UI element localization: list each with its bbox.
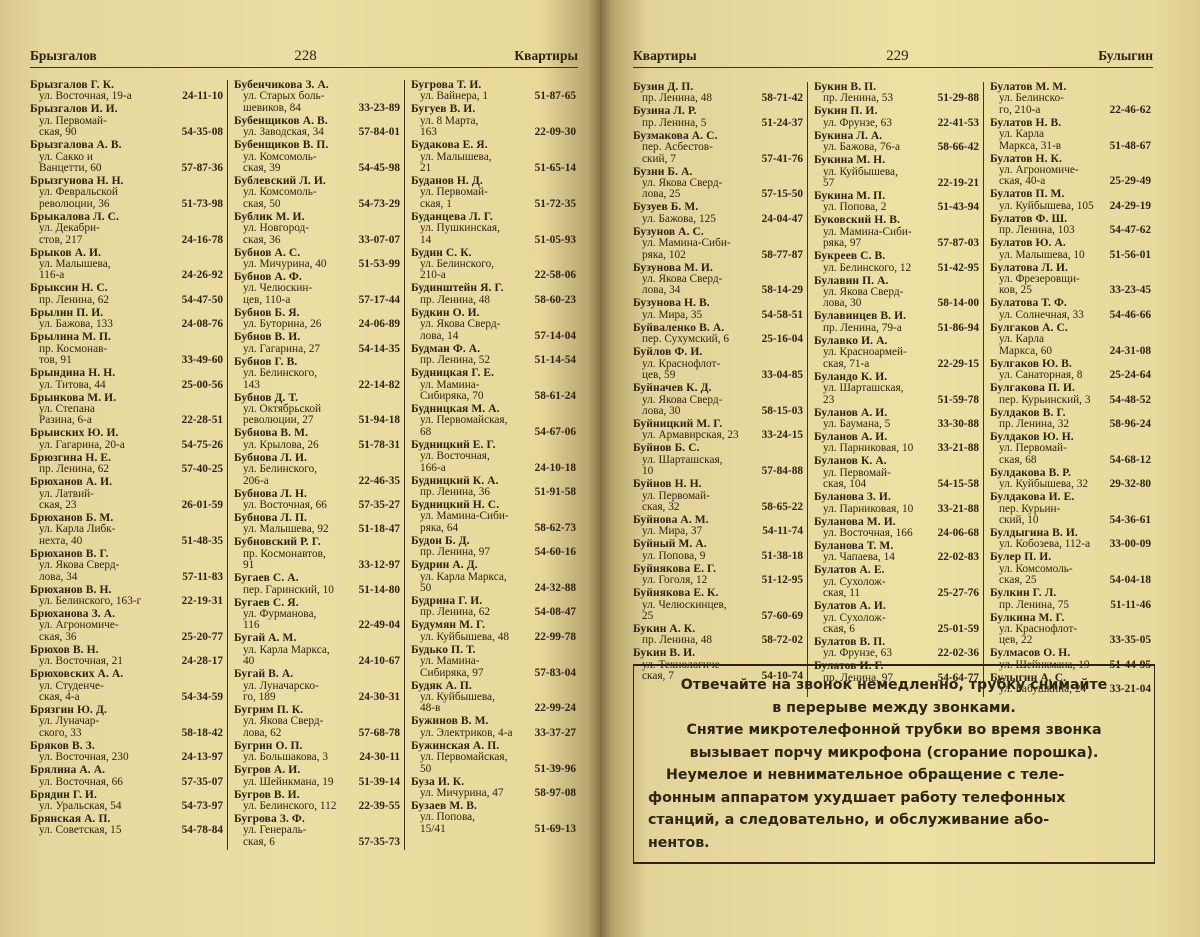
subscriber-address: ул. Баумана, 533-30-88 [814,419,979,430]
directory-entry: Буланов К. А.ул. Первомай-ская, 10454-15… [814,456,979,490]
phone-number: 24-08-76 [178,319,223,330]
subscriber-address: ул. Белинского,210-а22-58-06 [411,259,576,282]
address-line: 116-а [39,270,64,281]
address-line: 206-а [243,476,269,487]
directory-entry: Булкин Г. Л.пр. Ленина, 7551-11-46 [990,588,1151,611]
phone-number: 29-32-80 [1106,479,1151,490]
address-line: ул. Шарташская, [823,383,904,394]
directory-entry: Брялина А. А.ул. Восточная, 6657-35-07 [30,765,223,788]
subscriber-address: ул. Титова, 4425-00-56 [30,380,223,391]
phone-number: 58-62-73 [531,523,576,534]
directory-entry: Бужинская А. П.ул. Первомайская,5051-39-… [411,741,576,775]
address-line: цев, 22 [999,635,1032,646]
address-line: ул. Первомайская, [420,415,507,426]
phone-number: 57-11-83 [178,572,223,583]
phone-number: 54-73-29 [355,199,400,210]
directory-entry: Булавинцев В. И.пр. Ленина, 79-а51-86-94 [814,311,979,334]
subscriber-address: ул. Генераль-ская, 657-35-73 [234,825,400,848]
address-line: ская, 36 [39,632,77,643]
address-line: ул. Большакова, 3 [243,752,328,763]
directory-entry: Буланов А. И.ул. Парниковая, 1033-21-88 [814,432,979,455]
subscriber-address: ул. Мира, 3554-58-51 [633,310,803,321]
directory-entry: Буланова Т. М.ул. Чапаева, 1422-02-83 [814,541,979,564]
directory-entry: Брызгалов Г. К.ул. Восточная, 19-а24-11-… [30,80,223,103]
phone-number: 54-08-47 [531,607,576,618]
subscriber-address: ул. Фрунзе, 6322-41-53 [814,118,979,129]
directory-entry: Букин В. П.пр. Ленина, 5351-29-88 [814,82,979,105]
subscriber-address: ул. Белинского, 1251-42-95 [814,263,979,274]
directory-entry: Букина М. П.ул. Попова, 251-43-94 [814,191,979,214]
address-line: ул. Карла Маркса, [243,645,330,656]
subscriber-address: ул. Восточная, 6657-35-07 [30,777,223,788]
address-line: пр. Ленина, 52 [420,355,490,366]
subscriber-address: пр. Ленина, 9754-60-16 [411,547,576,558]
directory-entry: Букин А. К.пр. Ленина, 4858-72-02 [633,624,803,647]
address-line: тов, 91 [39,355,72,366]
address-line: ул. Красноармей- [823,347,907,358]
subscriber-address: ул. Фрунзе, 6322-02-36 [814,648,979,659]
phone-number: 58-15-03 [758,406,803,417]
phone-number: 33-23-45 [1106,285,1151,296]
left-column-3: Бугрова Т. И.ул. Вайнера, 151-87-65Бугуе… [404,80,580,850]
directory-entry: Букина Л. А.ул. Бажова, 76-а58-66-42 [814,131,979,154]
subscriber-address: ул. Восточная, 19-а24-11-10 [30,91,223,102]
address-line: ул. Куйбышева, 32 [999,479,1088,490]
subscriber-address: ул. Краснофлот-цев, 2233-35-05 [990,624,1151,647]
subscriber-address: ул. Мамина-Сиби-ряка, 6458-62-73 [411,511,576,534]
address-line: ул. Уральская, 54 [39,801,121,812]
directory-entry: Будницкий К. А.пр. Ленина, 3651-91-58 [411,476,576,499]
subscriber-address: ул. Мамина-Сибиряка, 7058-61-24 [411,380,576,403]
address-line: ский, 7 [642,154,676,165]
phone-number: 51-48-35 [178,536,223,547]
phone-number: 22-41-53 [934,118,979,129]
address-line: ул. Парниковая, 10 [823,443,913,454]
directory-entry: Буланова З. И.ул. Парниковая, 1033-21-88 [814,492,979,515]
subscriber-name: Буйнов Б. С. [633,443,803,454]
left-page: Брызгалов 228 Квартиры Брызгалов Г. К.ул… [0,0,600,937]
subscriber-name: Брызгалова А. В. [30,140,223,151]
address-line: ул. Армавирская, 23 [642,430,739,441]
phone-number: 58-66-42 [934,142,979,153]
phone-number: 33-24-15 [758,430,803,441]
directory-entry: Буйницкий М. Г.ул. Армавирская, 2333-24-… [633,419,803,442]
phone-number: 54-48-52 [1106,395,1151,406]
directory-entry: Бугай В. А.ул. Луначарско-го, 18924-30-3… [234,669,400,703]
directory-entry: Буковский Н. В.ул. Мамина-Сиби-ряка, 975… [814,215,979,249]
right-section-title: Квартиры [633,48,697,64]
subscriber-address: ул. Попова,15/4151-69-13 [411,812,576,835]
subscriber-address: ул. Февральскойреволюции, 3651-73-98 [30,187,223,210]
directory-entry: Бугрова З. Ф.ул. Генераль-ская, 657-35-7… [234,814,400,848]
phone-number: 24-28-17 [178,656,223,667]
right-running-header: Квартиры 229 Булыгин [633,48,1153,68]
subscriber-address: ул. Первомай-ская, 10454-15-58 [814,468,979,491]
address-line: 50 [420,583,431,594]
address-line: ул. Фрунзе, 63 [823,648,892,659]
directory-entry: Бугрим П. К.ул. Якова Сверд-лова, 6257-6… [234,705,400,739]
subscriber-address: ул. Карла Либк-нехта, 4051-48-35 [30,524,223,547]
address-line: ского, 33 [39,728,82,739]
address-line: ул. Чапаева, 14 [823,552,895,563]
directory-entry: Буйначев К. Д.ул. Якова Сверд-лова, 3058… [633,383,803,417]
subscriber-address: ул. Первомайская,6854-67-06 [411,415,576,438]
address-line: 14 [420,235,431,246]
directory-entry: Буйлов Ф. И.ул. Краснофлот-цев, 5933-04-… [633,347,803,381]
left-column-1: Брызгалов Г. К.ул. Восточная, 19-а24-11-… [30,80,227,850]
subscriber-name: Бугай В. А. [234,669,400,680]
address-line: ул. Восточная, 19-а [39,91,132,102]
directory-entry: Бубнова Л. П.ул. Малышева, 9251-18-47 [234,513,400,536]
subscriber-address: ул. Агрономиче-ская, 40-а25-29-49 [990,165,1151,188]
phone-number: 33-49-60 [178,355,223,366]
address-line: ул. Восточная, 21 [39,656,123,667]
directory-entry: Буза И. К.ул. Мичурина, 4758-97-08 [411,777,576,800]
phone-number: 33-30-88 [934,419,979,430]
directory-entry: Буйнов Б. С.ул. Шарташская,1057-84-88 [633,443,803,477]
phone-number: 54-14-35 [355,344,400,355]
address-line: 91 [243,560,254,571]
directory-entry: Бузунов А. С.ул. Мамина-Сиби-ряка, 10258… [633,227,803,261]
phone-number: 58-65-22 [758,502,803,513]
phone-number: 33-12-97 [355,560,400,571]
phone-number: 57-87-03 [934,238,979,249]
subscriber-address: ул. Мамина-Сиби-ряка, 9757-87-03 [814,227,979,250]
address-line: ул. Бажова, 133 [39,319,113,330]
address-line: ул. Шейнкмана, 19 [243,777,334,788]
phone-number: 57-15-50 [758,189,803,200]
directory-entry: Булатов А. И.ул. Сухолож-ская, 625-01-59 [814,601,979,635]
subscriber-address: ул. Челюскинцев,2557-60-69 [633,600,803,623]
subscriber-name: Буйнов Н. Н. [633,479,803,490]
phone-number: 51-87-65 [531,91,576,102]
subscriber-address: пр. Ленина, 79-а51-86-94 [814,323,979,334]
address-line: 143 [243,380,260,391]
address-line: ул. Карла [999,334,1044,345]
address-line: Разина, 6-а [39,415,92,426]
address-line: 23 [823,395,834,406]
subscriber-address: пр. Ленина, 3258-96-24 [990,419,1151,430]
subscriber-address: пр. Космонав-тов, 9133-49-60 [30,344,223,367]
address-line: ул. Малышева, 10 [999,250,1085,261]
directory-entry: Брынских Ю. И.ул. Гагарина, 20-а54-75-26 [30,428,223,451]
phone-number: 25-29-49 [1106,176,1151,187]
address-line: пр. Ленина, 5 [642,118,706,129]
subscriber-address: ул. Октябрьскойреволюции, 2751-94-18 [234,404,400,427]
address-line: ул. Гагарина, 20-а [39,440,125,451]
subscriber-address: пер. Асбестов-ский, 757-41-76 [633,142,803,165]
directory-entry: Булдакова В. Р.ул. Куйбышева, 3229-32-80 [990,468,1151,491]
directory-entry: Брыков А. И.ул. Малышева,116-а24-26-92 [30,248,223,282]
address-line: ская, 68 [999,455,1037,466]
subscriber-address: ул. Луначарско-го, 18924-30-31 [234,681,400,704]
subscriber-address: ул. Новгород-ская, 3633-07-07 [234,223,400,246]
directory-entry: Булатов Ф. Ш.пр. Ленина, 10354-47-62 [990,214,1151,237]
address-line: ул. Первомай- [999,443,1067,454]
subscriber-name: Брындина Н. Н. [30,368,223,379]
phone-number: 51-73-98 [178,199,223,210]
subscriber-address: ул. Уральская, 5454-73-97 [30,801,223,812]
subscriber-address: ул. Крылова, 2651-78-31 [234,440,400,451]
directory-entry: Брянская А. П.ул. Советская, 1554-78-84 [30,814,223,837]
address-line: ул. Якова Сверд- [420,319,500,330]
directory-entry: Бугров В. И.ул. Белинского, 11222-39-55 [234,790,400,813]
address-line: пр. Ленина, 48 [642,635,712,646]
subscriber-address: ул. Первомай-ская, 9054-35-08 [30,116,223,139]
address-line: ский, 10 [999,515,1039,526]
address-line: ул. Шарташская, [642,455,723,466]
subscriber-address: ул. Белинско-го, 210-а22-46-62 [990,93,1151,116]
directory-entry: Бубнов Г. В.ул. Белинского,14322-14-82 [234,357,400,391]
address-line: пр. Ленина, 48 [420,295,490,306]
subscriber-address: ул. 8 Марта,16322-09-30 [411,116,576,139]
subscriber-address: ул. Куйбышева, 10524-29-19 [990,201,1151,212]
directory-entry: Буйнов Н. Н.ул. Первомай-ская, 3258-65-2… [633,479,803,513]
phone-number: 57-41-76 [758,154,803,165]
directory-entry: Брюзгина Н. Е.пр. Ленина, 6257-40-25 [30,453,223,476]
subscriber-name: Булатов А. И. [814,601,979,612]
directory-entry: Булатов Н. В.ул. КарлаМаркса, 31-в51-48-… [990,118,1151,152]
subscriber-address: пр. Ленина, 6254-08-47 [411,607,576,618]
directory-entry: Бубнов Д. Т.ул. Октябрьскойреволюции, 27… [234,393,400,427]
subscriber-address: ул. Гагарина, 20-а54-75-26 [30,440,223,451]
address-line: пер. Асбестов- [642,142,713,153]
subscriber-address: ул. Мичурина, 4758-97-08 [411,788,576,799]
directory-entry: Бубнова В. М.ул. Крылова, 2651-78-31 [234,428,400,451]
subscriber-address: ул. Попова, 951-38-18 [633,551,803,562]
phone-number: 24-29-19 [1106,201,1151,212]
address-line: ряка, 97 [823,238,861,249]
subscriber-name: Буланова З. И. [814,492,979,503]
phone-number: 58-14-00 [934,298,979,309]
directory-entry: Брыксин Н. С.пр. Ленина, 6254-47-50 [30,283,223,306]
address-line: пер. Сухумский, 6 [642,334,729,345]
directory-entry: Брындина Н. Н.ул. Титова, 4425-00-56 [30,368,223,391]
address-line: ул. Декабри- [39,223,100,234]
right-header-word: Булыгин [1098,48,1153,64]
address-line: ская, 36 [243,235,281,246]
subscriber-address: ул. Якова Сверд-лова, 3058-14-00 [814,287,979,310]
subscriber-name: Буйнякова Е. К. [633,588,803,599]
right-columns: Бузин Д. П.пр. Ленина, 4858-71-42Бузина … [633,82,1155,697]
subscriber-address: ул. Бажова, 13324-08-76 [30,319,223,330]
address-line: лова, 30 [642,406,680,417]
address-line: 57 [823,178,834,189]
phone-number: 57-17-44 [355,295,400,306]
phone-number: 51-24-37 [758,118,803,129]
subscriber-address: пр. Ленина, 4858-71-42 [633,93,803,104]
address-line: ская, 32 [642,502,680,513]
address-line: ул. Восточная, 230 [39,752,129,763]
phone-number: 22-46-62 [1106,105,1151,116]
subscriber-address: ул. Мичурина, 4051-53-99 [234,259,400,270]
address-line: 40 [243,656,254,667]
phone-number: 22-39-55 [355,801,400,812]
notice-line: нентов. [648,832,1140,855]
phone-number: 24-30-31 [355,692,400,703]
address-line: ул. Малышева, 92 [243,524,329,535]
directory-entry: Бубенчикова З. А.ул. Старых боль-шевиков… [234,80,400,114]
subscriber-address: ул. Куйбышева,48-в22-99-24 [411,692,576,715]
phone-number: 33-37-27 [531,728,576,739]
left-running-header: Брызгалов 228 Квартиры [30,48,578,68]
address-line: революции, 36 [39,199,110,210]
directory-entry: Брылина М. П.пр. Космонав-тов, 9133-49-6… [30,332,223,366]
directory-entry: Бубенщиков А. В.ул. Заводская, 3457-84-0… [234,116,400,139]
phone-number: 24-10-67 [355,656,400,667]
directory-entry: Бузина Л. Р.пр. Ленина, 551-24-37 [633,106,803,129]
phone-number: 58-60-23 [531,295,576,306]
phone-number: 54-60-16 [531,547,576,558]
subscriber-address: ул. Якова Сверд-лова, 3458-14-29 [633,274,803,297]
phone-number: 24-31-08 [1106,346,1151,357]
address-line: пер. Курьинский, 3 [999,395,1090,406]
address-line: ул. Крылова, 26 [243,440,319,451]
address-line: го, 210-а [999,105,1040,116]
phone-number: 22-19-31 [178,596,223,607]
subscriber-name: Бугров А. И. [234,765,400,776]
directory-entry: Бузмакова А. С.пер. Асбестов-ский, 757-4… [633,131,803,165]
address-line: пр. Ленина, 32 [999,419,1069,430]
address-line: ская, 6 [243,837,275,848]
directory-entry: Буланова М. И.ул. Восточная, 16624-06-68 [814,517,979,540]
subscriber-address: ул. Студенче-ская, 4-а54-34-59 [30,681,223,704]
phone-number: 24-06-68 [934,528,979,539]
directory-entry: Бузуев Б. М.ул. Бажова, 12524-04-47 [633,202,803,225]
subscriber-address: ул. Первомай-ская, 151-72-35 [411,187,576,210]
address-line: ул. Восточная, 66 [243,500,327,511]
directory-entry: Брызгалов И. И.ул. Первомай-ская, 9054-3… [30,104,223,138]
subscriber-address: ул. Вайнера, 151-87-65 [411,91,576,102]
address-line: ул. Мамина-Сиби- [642,238,731,249]
address-line: ул. Белинского, 12 [823,263,911,274]
phone-number: 51-39-14 [355,777,400,788]
directory-entry: Бузунова Н. В.ул. Мира, 3554-58-51 [633,298,803,321]
phone-number: 24-10-18 [531,463,576,474]
address-line: 21 [420,163,431,174]
directory-entry: Буйваленко В. А.пер. Сухумский, 625-16-0… [633,323,803,346]
directory-entry: Бубнов В. И.ул. Гагарина, 2754-14-35 [234,332,400,355]
address-line: цев, 59 [642,370,675,381]
left-section-title: Квартиры [514,48,578,64]
subscriber-address: ул. Красноармей-ская, 71-а22-29-15 [814,347,979,370]
directory-entry: Будницкая М. А.ул. Первомайская,6854-67-… [411,404,576,438]
address-line: Сибиряка, 70 [420,391,484,402]
subscriber-address: ул. Сакко иВанцетти, 6057-87-36 [30,152,223,175]
address-line: ул. Буторина, 26 [243,319,321,330]
subscriber-name: Буланов К. А. [814,456,979,467]
phone-number: 51-05-93 [531,235,576,246]
directory-entry: Булгаков А. С.ул. КарлаМаркса, 6024-31-0… [990,323,1151,357]
subscriber-address: пер. Гаринский, 1051-14-80 [234,585,400,596]
address-line: пр. Ленина, 97 [420,547,490,558]
address-line: ул. Фрунзе, 63 [823,118,892,129]
address-line: ская, 39 [243,163,281,174]
phone-number: 54-34-59 [178,692,223,703]
phone-number: 58-14-29 [758,285,803,296]
phone-number: 57-84-01 [355,127,400,138]
directory-entry: Буланов А. И.ул. Баумана, 533-30-88 [814,408,979,431]
subscriber-address: ул. Агрономиче-ская, 3625-20-77 [30,620,223,643]
address-line: 15/41 [420,824,446,835]
address-line: ул. Куйбышева, 105 [999,201,1094,212]
address-line: 10 [642,466,653,477]
phone-number: 24-16-78 [178,235,223,246]
phone-number: 51-14-54 [531,355,576,366]
address-line: ул. Челюскинцев, [642,600,727,611]
directory-entry: Булатов В. П.ул. Фрунзе, 6322-02-36 [814,637,979,660]
directory-entry: Брюханов А. И.ул. Латвий-ская, 2326-01-5… [30,477,223,511]
subscriber-address: ул. Куйбышева, 4822-99-78 [411,632,576,643]
subscriber-address: ул. Сухолож-ская, 1125-27-76 [814,577,979,600]
address-line: шевиков, 84 [243,103,301,114]
directory-entry: Бубнова Л. Н.ул. Восточная, 6657-35-27 [234,489,400,512]
directory-entry: Бряков В. З.ул. Восточная, 23024-13-97 [30,741,223,764]
subscriber-address: ул. Сухолож-ская, 625-01-59 [814,613,979,636]
directory-entry: Бугай А. М.ул. Карла Маркса,4024-10-67 [234,633,400,667]
address-line: пр. Ленина, 75 [999,600,1069,611]
phone-number: 54-45-98 [355,163,400,174]
subscriber-address: пер. Курьин-ский, 1054-36-61 [990,504,1151,527]
address-line: ул. Первомайская, [420,752,507,763]
phone-number: 54-58-51 [758,310,803,321]
phone-number: 22-28-51 [178,415,223,426]
address-line: ул. Карла Маркса, [420,572,507,583]
address-line: ская, 6 [823,624,855,635]
subscriber-name: Бубнов В. И. [234,332,400,343]
directory-entry: Буйнякова Е. К.ул. Челюскинцев,2557-60-6… [633,588,803,622]
directory-entry: Бубнов А. Ф.ул. Челюскин-цев, 110-а57-17… [234,272,400,306]
address-line: ул. Белинского, 163-г [39,596,141,607]
directory-entry: Будяк А. П.ул. Куйбышева,48-в22-99-24 [411,681,576,715]
phone-number: 22-19-21 [934,178,979,189]
address-line: ул. Титова, 44 [39,380,106,391]
directory-entry: Будницкая Г. Е.ул. Мамина-Сибиряка, 7058… [411,368,576,402]
directory-entry: Бузаев М. В.ул. Попова,15/4151-69-13 [411,801,576,835]
subscriber-address: ул. Белинского, 11222-39-55 [234,801,400,812]
address-line: ул. Баумана, 5 [823,419,890,430]
directory-entry: Будницкий Е. Г.ул. Восточная,166-а24-10-… [411,440,576,474]
directory-entry: Брюхов В. Н.ул. Восточная, 2124-28-17 [30,645,223,668]
phone-number: 51-91-58 [531,487,576,498]
subscriber-address: ул. Декабри-стов, 21724-16-78 [30,223,223,246]
subscriber-name: Будницкая Г. Е. [411,368,576,379]
subscriber-address: ул. Белинского, 163-г22-19-31 [30,596,223,607]
directory-entry: Бублик М. И.ул. Новгород-ская, 3633-07-0… [234,212,400,246]
subscriber-address: ул. СтепанаРазина, 6-а22-28-51 [30,404,223,427]
address-line: ряка, 64 [420,523,458,534]
address-line: ул. Якова Сверд- [39,560,119,571]
directory-entry: Бугрин О. П.ул. Большакова, 324-30-11 [234,741,400,764]
subscriber-address: ул. Санаторная, 825-24-64 [990,370,1151,381]
address-line: 163 [420,127,437,138]
address-line: ряка, 102 [642,250,686,261]
subscriber-address: ул. Комсомоль-ская, 2554-04-18 [990,564,1151,587]
subscriber-name: Бубенщиков В. П. [234,140,400,151]
subscriber-address: пр. Ленина, 10354-47-62 [990,225,1151,236]
address-line: ул. Гоголя, 12 [642,575,707,586]
address-line: ул. Карла [999,129,1044,140]
phone-number: 51-59-78 [934,395,979,406]
address-line: ул. Заводская, 34 [243,127,324,138]
phone-number: 58-71-42 [758,93,803,104]
phone-number: 24-32-88 [531,583,576,594]
phone-number: 33-21-88 [934,443,979,454]
subscriber-address: ул. Чапаева, 1422-02-83 [814,552,979,563]
phone-number: 22-29-15 [934,359,979,370]
phone-number: 57-84-88 [758,466,803,477]
address-line: ул. Восточная, 166 [823,528,913,539]
